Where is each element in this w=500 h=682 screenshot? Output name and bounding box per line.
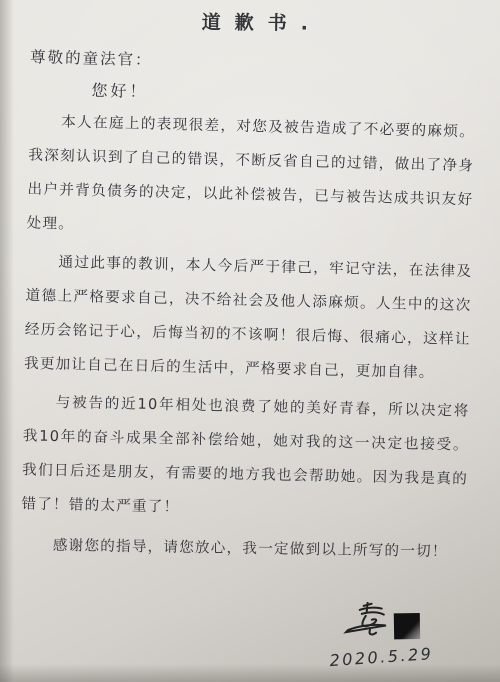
letter-photo: 道歉书. 尊敬的童法官： 您好！ 本人在庭上的表现很差，对您及被告造成了不必要的…	[0, 0, 500, 682]
paper-sheet: 道歉书. 尊敬的童法官： 您好！ 本人在庭上的表现很差，对您及被告造成了不必要的…	[0, 0, 500, 682]
salutation: 尊敬的童法官：	[30, 45, 500, 79]
letter-title: 道歉书.	[5, 6, 500, 37]
signature-row	[342, 601, 421, 646]
letter-body: 本人在庭上的表现很差，对您及被告造成了不必要的麻烦。我深刻认识到了自己的错误，不…	[20, 106, 475, 570]
paragraph: 感谢您的指导，请您放心，我一定做到以上所写的一切！	[20, 528, 466, 569]
paragraph: 通过此事的教训，本人今后严于律己，牢记守法，在法律及道德上严格要求自己，决不给社…	[24, 245, 473, 391]
signature-mosaic-redaction	[394, 613, 420, 639]
paragraph: 本人在庭上的表现很差，对您及被告造成了不必要的麻烦。我深刻认识到了自己的错误，不…	[26, 105, 475, 252]
greeting: 您好！	[91, 78, 500, 109]
date-line: 2020.5.29	[329, 644, 434, 670]
signature-block: 2020.5.29	[329, 601, 434, 668]
paragraph: 与被告的近10年相处也浪费了她的美好青春，所以决定将我10年的奋斗成果全部补偿给…	[21, 385, 470, 530]
